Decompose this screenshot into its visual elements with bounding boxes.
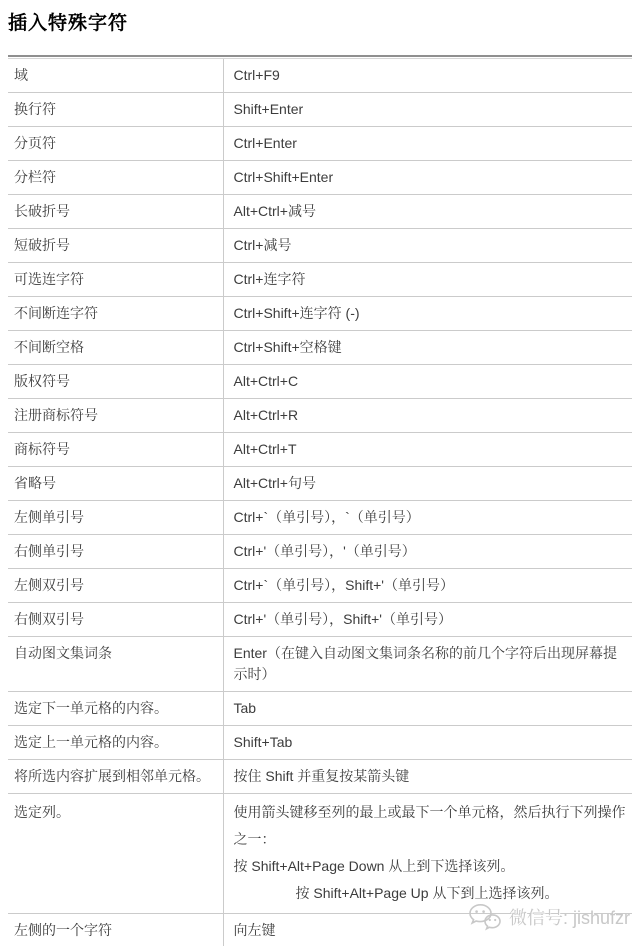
shortcut-keys: Alt+Ctrl+句号: [223, 467, 632, 501]
shortcut-keys: Ctrl+减号: [223, 229, 632, 263]
table-row: 左侧双引号 Ctrl+`（单引号），Shift+'（单引号）: [8, 569, 632, 603]
shortcut-description: 左侧单引号: [8, 501, 223, 535]
shortcut-line: 使用箭头键移至列的最上或最下一个单元格，然后执行下列操作之一：: [234, 799, 629, 853]
shortcut-description: 右侧单引号: [8, 535, 223, 569]
table-row: 换行符 Shift+Enter: [8, 93, 632, 127]
shortcut-description: 选定上一单元格的内容。: [8, 726, 223, 760]
table-row: 选定列。 使用箭头键移至列的最上或最下一个单元格，然后执行下列操作之一：按 Sh…: [8, 794, 632, 914]
table-row: 注册商标符号 Alt+Ctrl+R: [8, 399, 632, 433]
shortcut-description: 短破折号: [8, 229, 223, 263]
table-row: 长破折号 Alt+Ctrl+减号: [8, 195, 632, 229]
shortcut-table: 域 Ctrl+F9 换行符 Shift+Enter 分页符 Ctrl+Enter…: [8, 59, 632, 946]
table-row: 分页符 Ctrl+Enter: [8, 127, 632, 161]
shortcut-line: 按 Shift+Alt+Page Down 从上到下选择该列。: [234, 853, 629, 880]
shortcut-keys: Alt+Ctrl+T: [223, 433, 632, 467]
shortcut-keys: Ctrl+Shift+连字符 (-): [223, 297, 632, 331]
shortcut-keys: Alt+Ctrl+减号: [223, 195, 632, 229]
shortcut-description: 选定列。: [8, 794, 223, 914]
shortcut-description: 长破折号: [8, 195, 223, 229]
shortcut-keys: Shift+Enter: [223, 93, 632, 127]
table-row: 不间断空格 Ctrl+Shift+空格键: [8, 331, 632, 365]
shortcut-description: 分页符: [8, 127, 223, 161]
wechat-icon: [467, 902, 503, 932]
shortcut-description: 分栏符: [8, 161, 223, 195]
table-row: 不间断连字符 Ctrl+Shift+连字符 (-): [8, 297, 632, 331]
table-row: 选定下一单元格的内容。 Tab: [8, 692, 632, 726]
shortcut-description: 右侧双引号: [8, 603, 223, 637]
shortcut-description: 不间断连字符: [8, 297, 223, 331]
shortcut-keys: Ctrl+Shift+空格键: [223, 331, 632, 365]
shortcut-keys: Ctrl+'（单引号），Shift+'（单引号）: [223, 603, 632, 637]
table-row: 版权符号 Alt+Ctrl+C: [8, 365, 632, 399]
table-row: 左侧单引号 Ctrl+`（单引号），`（单引号）: [8, 501, 632, 535]
shortcut-description: 不间断空格: [8, 331, 223, 365]
table-row: 可选连字符 Ctrl+连字符: [8, 263, 632, 297]
watermark-text: 微信号: jishufzr: [509, 904, 630, 930]
table-row: 自动图文集词条 Enter（在键入自动图文集词条名称的前几个字符后出现屏幕提示时…: [8, 637, 632, 692]
shortcut-keys: Ctrl+连字符: [223, 263, 632, 297]
shortcut-keys: 按住 Shift 并重复按某箭头键: [223, 760, 632, 794]
shortcut-description: 省略号: [8, 467, 223, 501]
shortcut-keys: Alt+Ctrl+C: [223, 365, 632, 399]
table-row: 域 Ctrl+F9: [8, 59, 632, 93]
shortcut-description: 自动图文集词条: [8, 637, 223, 692]
shortcut-keys: 使用箭头键移至列的最上或最下一个单元格，然后执行下列操作之一：按 Shift+A…: [223, 794, 632, 914]
shortcut-keys: Shift+Tab: [223, 726, 632, 760]
table-row: 省略号 Alt+Ctrl+句号: [8, 467, 632, 501]
shortcut-keys: Ctrl+Enter: [223, 127, 632, 161]
table-row: 右侧单引号 Ctrl+'（单引号），'（单引号）: [8, 535, 632, 569]
shortcut-description: 域: [8, 59, 223, 93]
table-row: 选定上一单元格的内容。 Shift+Tab: [8, 726, 632, 760]
shortcut-description: 左侧的一个字符: [8, 914, 223, 946]
shortcut-keys: Ctrl+'（单引号），'（单引号）: [223, 535, 632, 569]
table-row: 将所选内容扩展到相邻单元格。 按住 Shift 并重复按某箭头键: [8, 760, 632, 794]
shortcut-keys: Ctrl+F9: [223, 59, 632, 93]
table-row: 右侧双引号 Ctrl+'（单引号），Shift+'（单引号）: [8, 603, 632, 637]
table-row: 分栏符 Ctrl+Shift+Enter: [8, 161, 632, 195]
shortcut-keys: Tab: [223, 692, 632, 726]
shortcut-keys: Ctrl+Shift+Enter: [223, 161, 632, 195]
shortcut-description: 将所选内容扩展到相邻单元格。: [8, 760, 223, 794]
page-title: 插入特殊字符: [8, 8, 640, 35]
shortcut-description: 左侧双引号: [8, 569, 223, 603]
shortcut-description: 换行符: [8, 93, 223, 127]
shortcut-description: 可选连字符: [8, 263, 223, 297]
shortcut-description: 商标符号: [8, 433, 223, 467]
shortcut-keys: Ctrl+`（单引号），`（单引号）: [223, 501, 632, 535]
shortcut-keys: Enter（在键入自动图文集词条名称的前几个字符后出现屏幕提示时）: [223, 637, 632, 692]
shortcut-description: 选定下一单元格的内容。: [8, 692, 223, 726]
shortcut-description: 注册商标符号: [8, 399, 223, 433]
watermark: 微信号: jishufzr: [467, 902, 630, 932]
table-row: 商标符号 Alt+Ctrl+T: [8, 433, 632, 467]
shortcut-description: 版权符号: [8, 365, 223, 399]
shortcut-keys: Alt+Ctrl+R: [223, 399, 632, 433]
shortcut-keys: Ctrl+`（单引号），Shift+'（单引号）: [223, 569, 632, 603]
table-row: 短破折号 Ctrl+减号: [8, 229, 632, 263]
